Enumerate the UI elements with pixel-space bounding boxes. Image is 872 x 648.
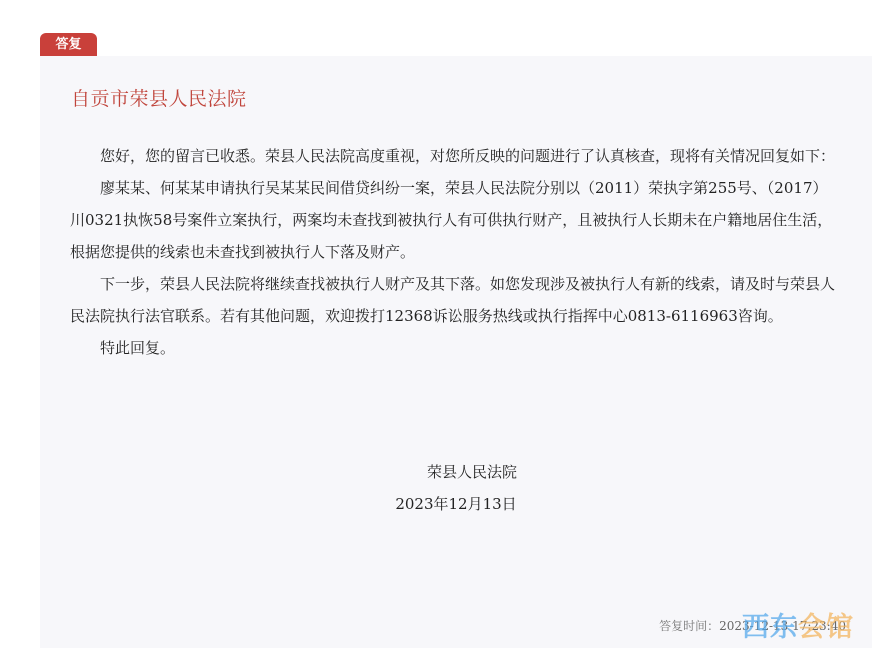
signature-org: 荣县人民法院	[56, 457, 872, 487]
reply-title: 自贡市荣县人民法院	[71, 84, 247, 111]
reply-paragraph: 特此回复。	[70, 332, 840, 364]
reply-panel: 自贡市荣县人民法院 您好，您的留言已收悉。荣县人民法院高度重视，对您所反映的问题…	[40, 56, 872, 648]
reply-tab[interactable]: 答复	[40, 33, 97, 56]
reply-paragraph: 下一步，荣县人民法院将继续查找被执行人财产及其下落。如您发现涉及被执行人有新的线…	[70, 268, 840, 332]
reply-paragraph: 您好，您的留言已收悉。荣县人民法院高度重视，对您所反映的问题进行了认真核查，现将…	[70, 140, 840, 172]
signature-date: 2023年12月13日	[40, 489, 872, 519]
reply-paragraph: 廖某某、何某某申请执行吴某某民间借贷纠纷一案，荣县人民法院分别以（2011）荣执…	[70, 172, 840, 268]
reply-time: 答复时间：2023-12-13 17:23:40	[659, 617, 846, 634]
reply-time-label: 答复时间：	[659, 619, 719, 633]
reply-time-value: 2023-12-13 17:23:40	[719, 619, 846, 633]
reply-body: 您好，您的留言已收悉。荣县人民法院高度重视，对您所反映的问题进行了认真核查，现将…	[70, 140, 840, 364]
